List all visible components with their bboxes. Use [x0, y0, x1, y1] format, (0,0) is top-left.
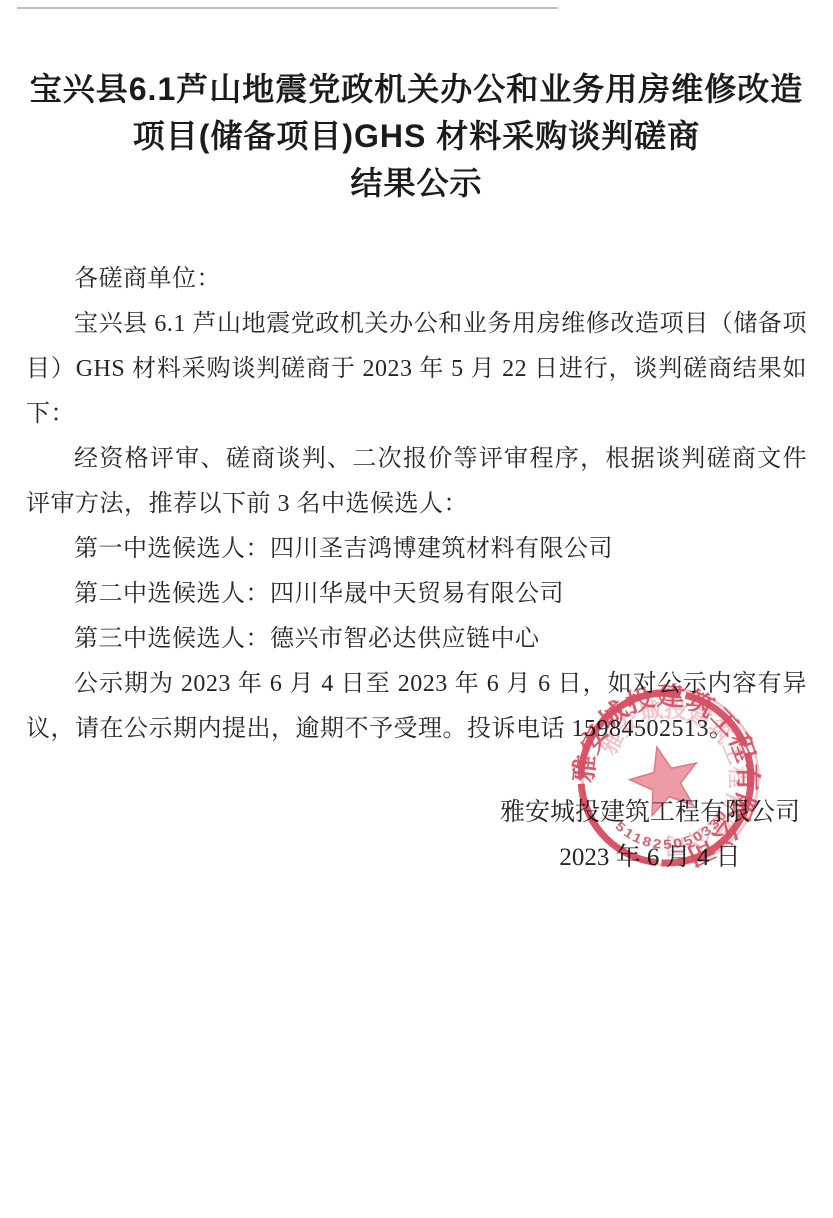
title-line-2: 项目(储备项目)GHS 材料采购谈判磋商 [0, 113, 833, 160]
document-body: 各磋商单位： 宝兴县 6.1 芦山地震党政机关办公和业务用房维修改造项目（储备项… [26, 257, 807, 752]
scan-artifact-line [17, 7, 558, 9]
paragraph-publicity-period: 公示期为 2023 年 6 月 4 日至 2023 年 6 月 6 日，如对公示… [26, 662, 807, 752]
paragraph-project-intro: 宝兴县 6.1 芦山地震党政机关办公和业务用房维修改造项目（储备项目）GHS 材… [26, 302, 807, 437]
document-title: 宝兴县6.1芦山地震党政机关办公和业务用房维修改造 项目(储备项目)GHS 材料… [0, 0, 833, 207]
paragraph-candidate-2: 第二中选候选人：四川华晟中天贸易有限公司 [26, 572, 807, 617]
title-line-1: 宝兴县6.1芦山地震党政机关办公和业务用房维修改造 [0, 66, 833, 113]
paragraph-candidate-1: 第一中选候选人：四川圣吉鸿博建筑材料有限公司 [26, 527, 807, 572]
signature-block: 雅安城投建筑工程有限公司 2023 年 6 月 4 日 [480, 790, 820, 880]
paragraph-review-process: 经资格评审、磋商谈判、二次报价等评审程序，根据谈判磋商文件评审方法，推荐以下前 … [26, 437, 807, 527]
title-line-3: 结果公示 [0, 160, 833, 207]
paragraph-candidate-3: 第三中选候选人：德兴市智必达供应链中心 [26, 617, 807, 662]
signature-company: 雅安城投建筑工程有限公司 [480, 790, 820, 835]
signature-date: 2023 年 6 月 4 日 [480, 835, 820, 880]
document-page: 宝兴县6.1芦山地震党政机关办公和业务用房维修改造 项目(储备项目)GHS 材料… [0, 0, 833, 1218]
salutation: 各磋商单位： [26, 257, 807, 302]
